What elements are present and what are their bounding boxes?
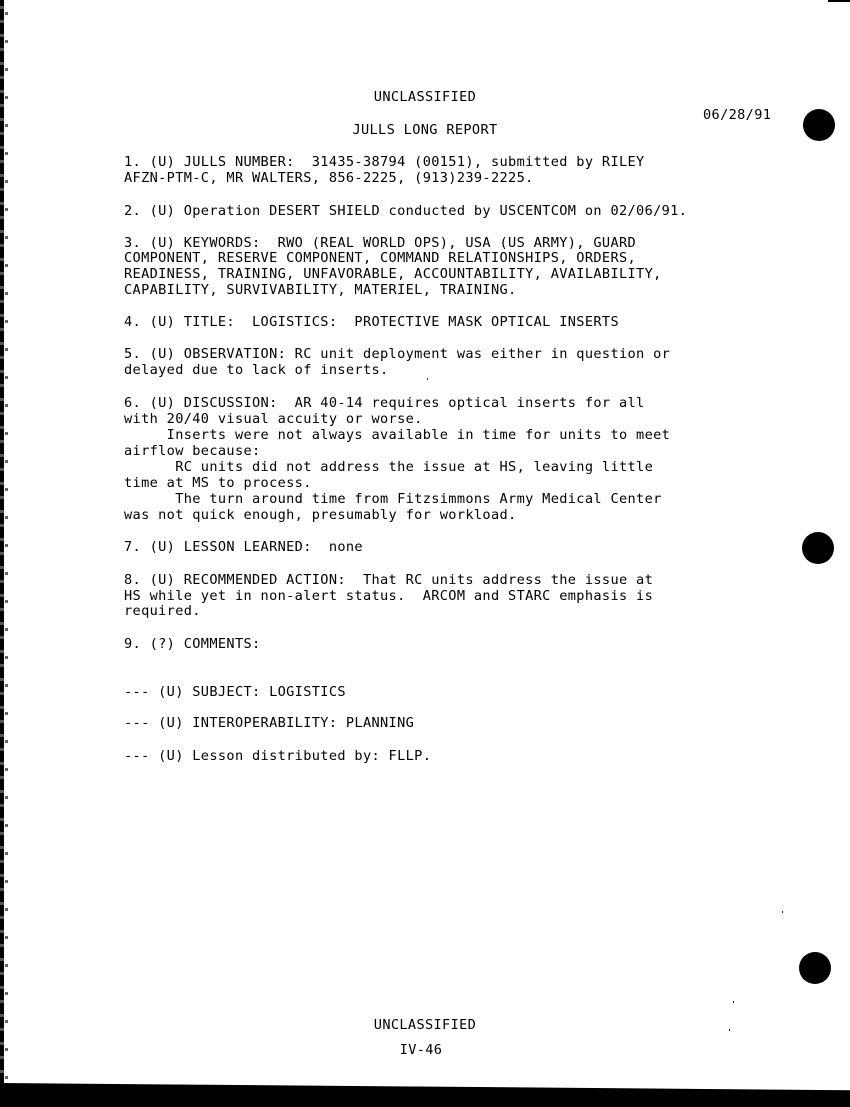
section-line: 2. (U) Operation DESERT SHIELD conducted… [124,203,687,219]
section-line: COMPONENT, RESERVE COMPONENT, COMMAND RE… [124,250,636,266]
report-date: 06/28/91 [703,107,771,123]
section-line: 1. (U) JULLS NUMBER: 31435-38794 (00151)… [124,154,645,170]
scan-left-edge [0,0,4,1085]
section-line: HS while yet in non-alert status. ARCOM … [124,588,653,604]
scan-speck [733,1001,734,1003]
section-line: was not quick enough, presumably for wor… [124,507,517,523]
section-line: AFZN-PTM-C, MR WALTERS, 856-2225, (913)2… [124,170,534,186]
report-title: JULLS LONG REPORT [0,122,850,138]
section-line: delayed due to lack of inserts. [124,362,389,378]
scan-speck [427,378,428,380]
section-line: 4. (U) TITLE: LOGISTICS: PROTECTIVE MASK… [124,314,619,330]
classification-top: UNCLASSIFIED [0,89,850,105]
scan-bottom-bar [0,1083,850,1107]
section-line: with 20/40 visual accuity or worse. [124,411,423,427]
footer-item-distributed-by: --- (U) Lesson distributed by: FLLP. [124,748,431,764]
section-line: 3. (U) KEYWORDS: RWO (REAL WORLD OPS), U… [124,235,636,251]
section-line: required. [124,603,201,619]
punch-hole-middle [802,532,834,564]
section-line: 7. (U) LESSON LEARNED: none [124,539,363,555]
page-number: IV-46 [0,1042,846,1058]
footer-item-subject: --- (U) SUBJECT: LOGISTICS [124,684,346,700]
section-line: Inserts were not always available in tim… [124,427,670,443]
scan-top-right-mark [828,0,850,2]
section-line: 8. (U) RECOMMENDED ACTION: That RC units… [124,572,653,588]
punch-hole-bottom [799,952,831,984]
section-line: 6. (U) DISCUSSION: AR 40-14 requires opt… [124,395,645,411]
section-line: airflow because: [124,443,261,459]
section-line: READINESS, TRAINING, UNFAVORABLE, ACCOUN… [124,266,662,282]
section-line: The turn around time from Fitzsimmons Ar… [124,491,662,507]
section-line: 5. (U) OBSERVATION: RC unit deployment w… [124,346,670,362]
section-line: time at MS to process. [124,475,312,491]
scan-speck [782,911,783,913]
section-line: CAPABILITY, SURVIVABILITY, MATERIEL, TRA… [124,282,517,298]
section-line: 9. (?) COMMENTS: [124,636,261,652]
section-line: RC units did not address the issue at HS… [124,459,653,475]
classification-bottom: UNCLASSIFIED [0,1017,850,1033]
footer-item-interoperability: --- (U) INTEROPERABILITY: PLANNING [124,715,414,731]
scan-left-marks [5,0,8,1080]
